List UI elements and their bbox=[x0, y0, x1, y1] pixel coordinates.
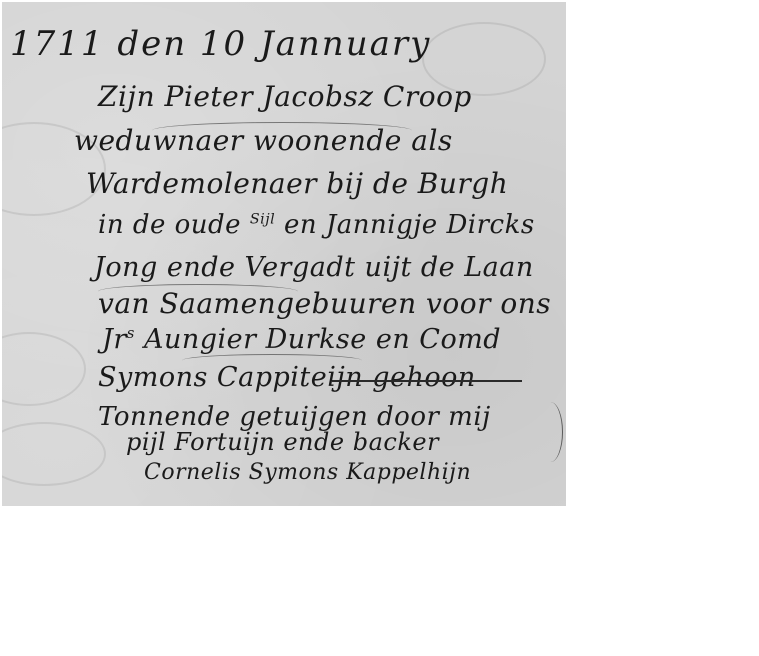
date-heading: 1711 den 10 Jannuary bbox=[10, 24, 431, 64]
line-text: Wardemolenaer bij de Burgh bbox=[86, 167, 508, 200]
line-text: Symons Cappiteijn gehoon bbox=[98, 362, 476, 393]
bleed-through-stroke bbox=[2, 332, 86, 406]
interlinear-insertion: Sijl bbox=[250, 211, 275, 227]
manuscript-line-1: Zijn Pieter Jacobsz Croop bbox=[98, 80, 472, 113]
line-text: Jr bbox=[102, 324, 127, 355]
line-text: weduwnaer woonende als bbox=[74, 124, 453, 157]
line-text: Zijn Pieter Jacobsz Croop bbox=[98, 80, 472, 113]
margin-flourish bbox=[538, 402, 563, 462]
bleed-through-stroke bbox=[2, 422, 106, 486]
manuscript-line-5: Jong ende Vergadt uijt de Laan bbox=[94, 252, 534, 283]
page-canvas: 1711 den 10 Jannuary Zijn Pieter Jacobsz… bbox=[0, 0, 759, 656]
line-text-continued: en Jannigje Dircks bbox=[284, 210, 535, 240]
line-text: van Saamengebuuren voor ons bbox=[98, 287, 551, 320]
line-text-continued: Aungier Durkse en Comd bbox=[144, 324, 501, 355]
manuscript-line-7: Jrs Aungier Durkse en Comd bbox=[102, 324, 501, 355]
manuscript-line-3: Wardemolenaer bij de Burgh bbox=[86, 167, 508, 200]
manuscript-line-10: pijl Fortuijn ende backer bbox=[126, 428, 439, 456]
heading-text: 1711 den 10 Jannuary bbox=[10, 24, 431, 64]
line-text: in de oude bbox=[98, 210, 241, 240]
superscript: s bbox=[127, 324, 135, 342]
manuscript-line-11: Cornelis Symons Kappelhijn bbox=[144, 460, 471, 485]
line-text: Cornelis Symons Kappelhijn bbox=[144, 460, 471, 485]
manuscript-line-2: weduwnaer woonende als bbox=[74, 124, 453, 157]
manuscript-line-6: van Saamengebuuren voor ons bbox=[98, 287, 551, 320]
line-text: Jong ende Vergadt uijt de Laan bbox=[94, 252, 534, 283]
manuscript-scan: 1711 den 10 Jannuary Zijn Pieter Jacobsz… bbox=[2, 2, 566, 506]
line-text: pijl Fortuijn ende backer bbox=[126, 428, 439, 456]
manuscript-line-4: in de oude Sijl en Jannigje Dircks bbox=[98, 210, 535, 240]
strike-through-line bbox=[332, 380, 522, 382]
manuscript-line-8: Symons Cappiteijn gehoon bbox=[98, 362, 476, 393]
